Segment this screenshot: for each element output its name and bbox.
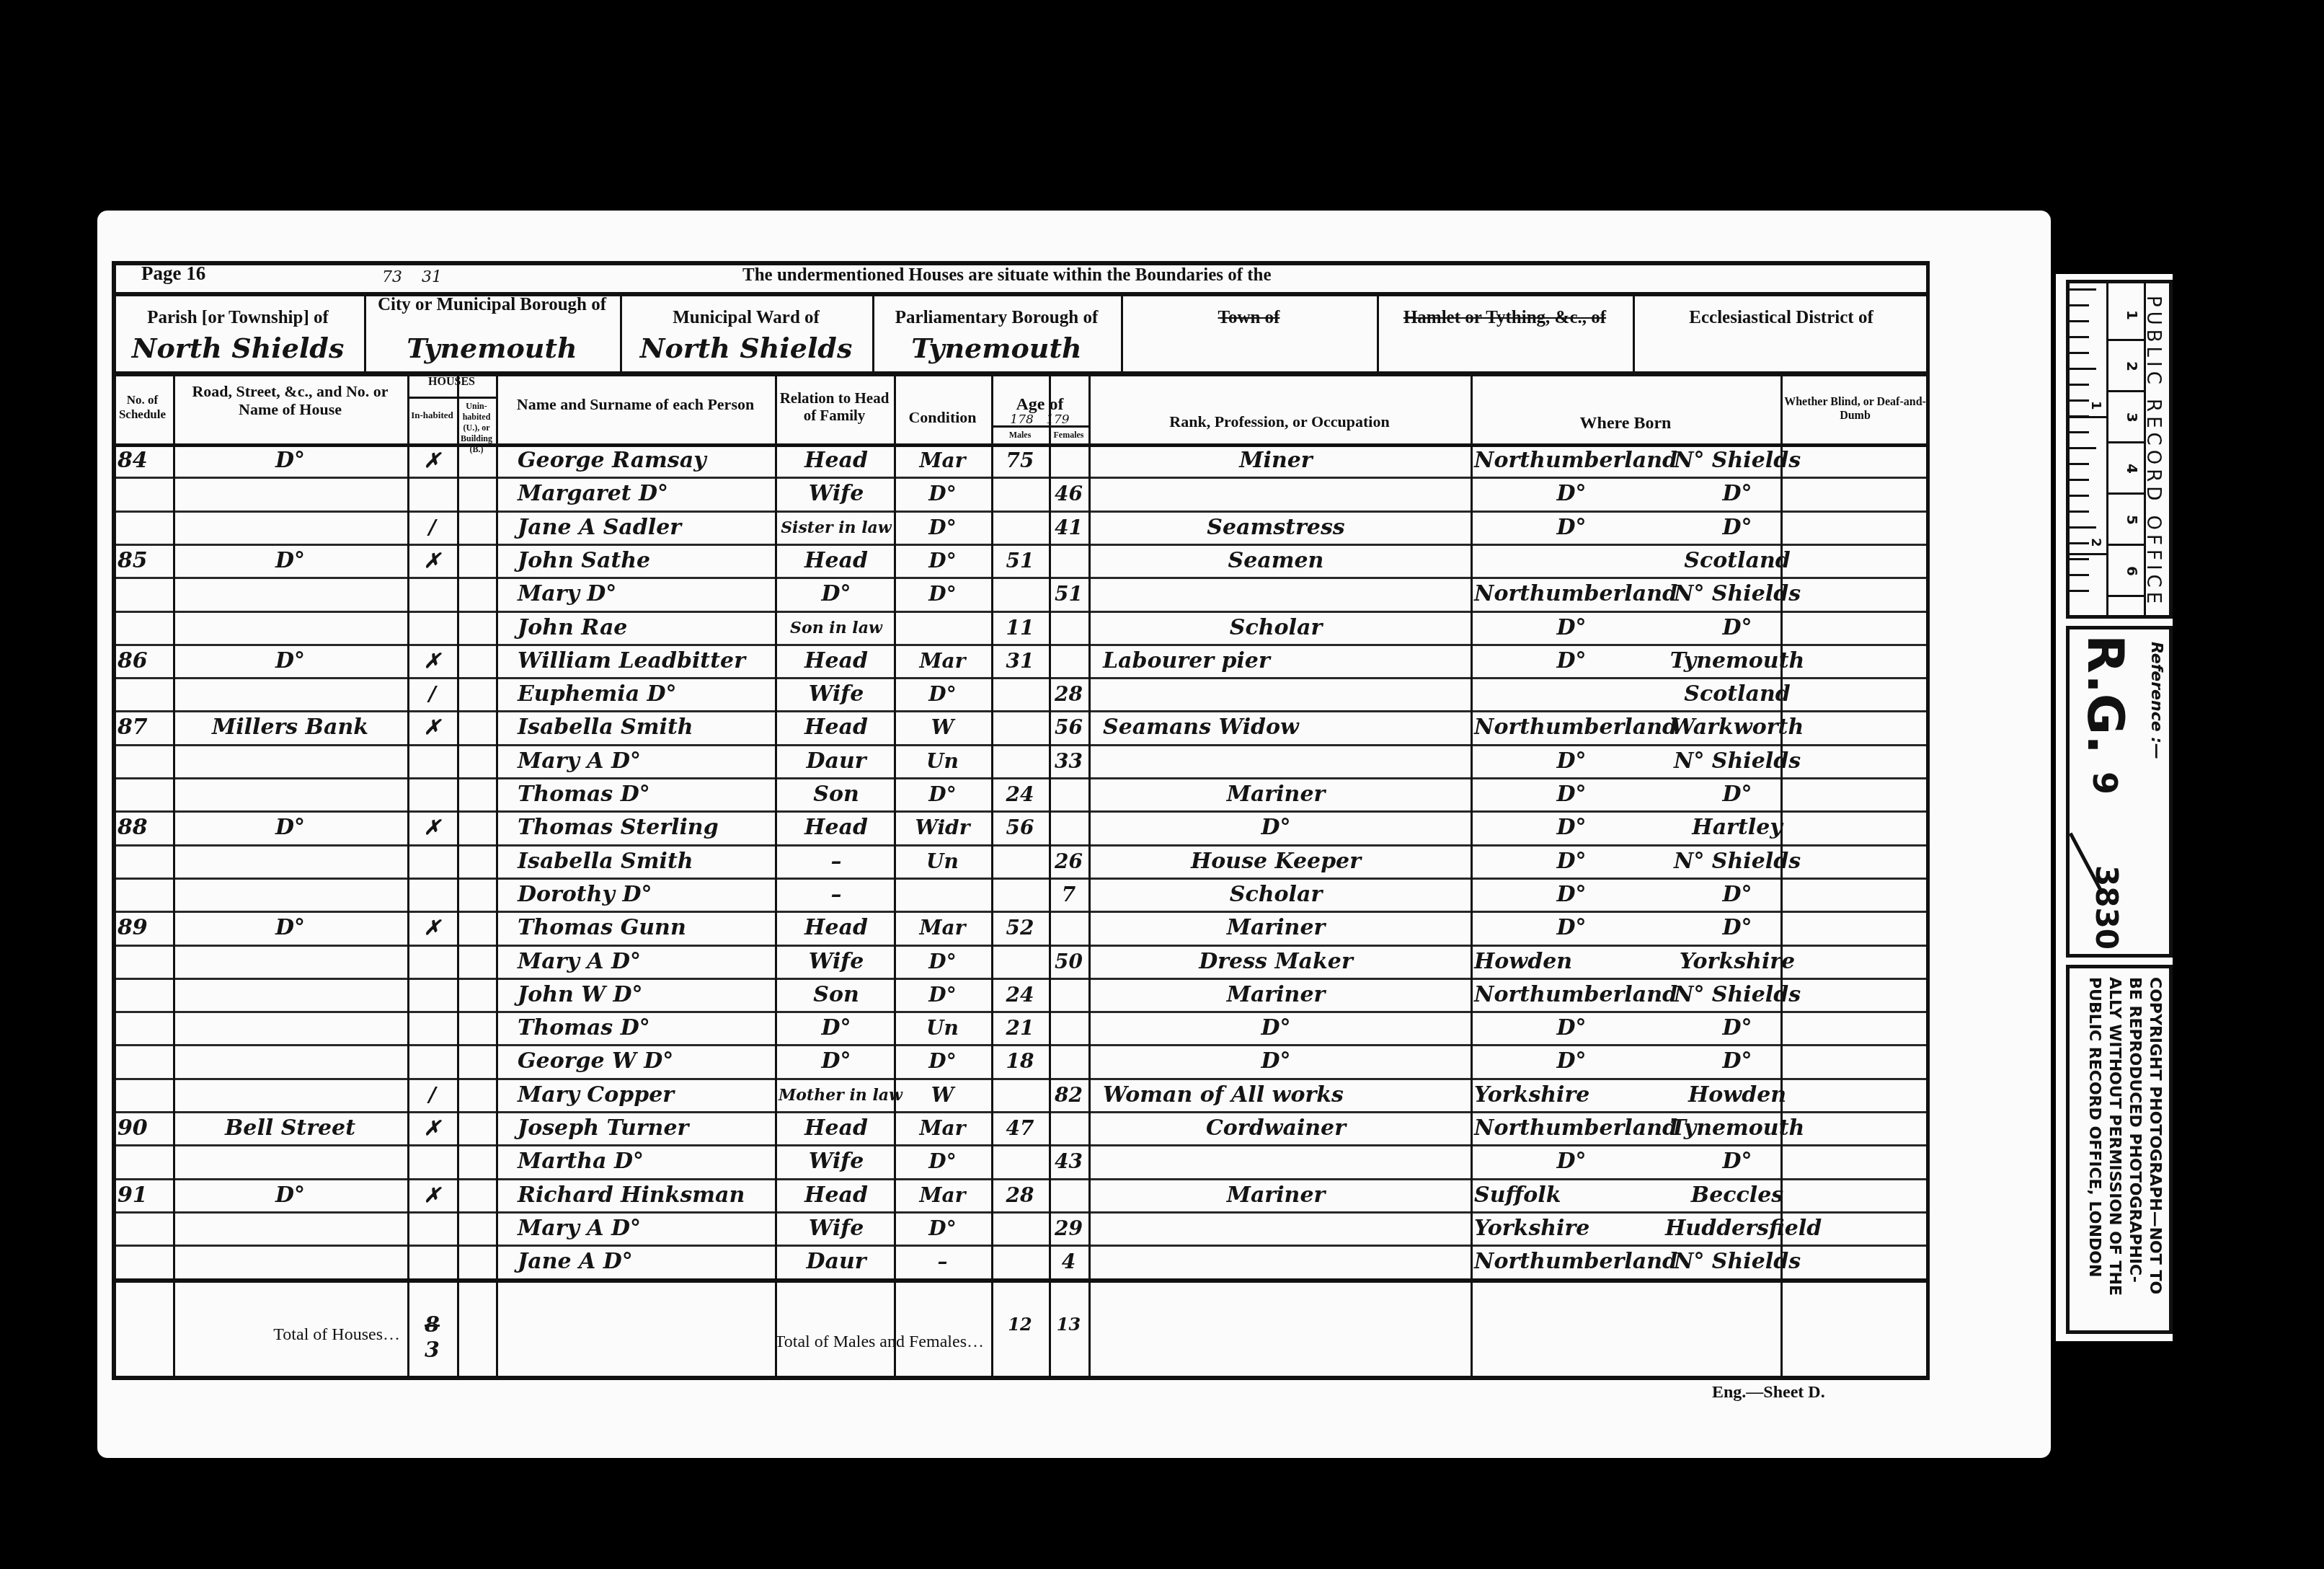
cell-male-age: 28: [991, 1181, 1049, 1210]
cell-inhabited: ✗: [407, 647, 457, 676]
ruler-tick: [2069, 542, 2089, 544]
ruler-tick: [2069, 447, 2096, 449]
cell-condition: –: [894, 1247, 991, 1276]
cell-name: Joseph Turner: [518, 1114, 777, 1143]
cell-born-place: Yorkshire: [1665, 947, 1809, 976]
cell-road: D°: [173, 813, 407, 842]
cell-condition: Un: [894, 847, 991, 876]
ruler-cm-number: 4: [2124, 464, 2141, 474]
ruler-inch-number: 2: [2088, 538, 2103, 547]
cell-occupation: Miner: [1103, 446, 1449, 475]
cell-inhabited: /: [407, 1081, 457, 1110]
ruler-tick: [2069, 320, 2089, 322]
cell-relation: Head: [779, 647, 894, 676]
cell-name: John W D°: [518, 981, 777, 1009]
cell-male-age: 24: [991, 780, 1049, 809]
cell-inhabited: ✗: [407, 547, 457, 575]
district-value: Tynemouth: [872, 332, 1121, 364]
reference-label: Reference :—: [2147, 642, 2165, 759]
column-header-condition: Condition: [894, 408, 991, 426]
cell-occupation: Mariner: [1103, 981, 1449, 1009]
cell-born-county: D°: [1474, 513, 1669, 542]
cell-female-age: 28: [1049, 680, 1088, 709]
cell-male-age: 11: [991, 614, 1049, 642]
cell-male-age: 18: [991, 1047, 1049, 1076]
table-row: Mary A D°WifeD°50Dress MakerHowdenYorksh…: [112, 946, 1930, 979]
ruler-tick: [2069, 336, 2089, 338]
ruler-tick: [2069, 304, 2089, 306]
cell-male-age: 75: [991, 446, 1049, 475]
table-row: Mary A D°DaurUn33D°N° Shields: [112, 746, 1930, 779]
cell-occupation: D°: [1103, 1047, 1449, 1076]
cell-relation: Wife: [779, 680, 894, 709]
cell-born-place: N° Shields: [1665, 1247, 1809, 1276]
column-header-relation: Relation to Head of Family: [775, 389, 894, 424]
column-header-occupation: Rank, Profession, or Occupation: [1088, 412, 1471, 430]
cell-born-place: Tynemouth: [1665, 647, 1809, 676]
cell-female-age: 7: [1049, 880, 1088, 909]
table-row: 86D°✗William LeadbitterHeadMar31Labourer…: [112, 645, 1930, 679]
cell-female-age: 41: [1049, 513, 1088, 542]
cell-schedule: 87: [117, 713, 172, 742]
ruler-inch-line: [2069, 416, 2106, 418]
district-divider: [1121, 292, 1123, 371]
cell-condition: D°: [894, 513, 991, 542]
cell-born-county: Yorkshire: [1474, 1214, 1669, 1243]
cell-name: Thomas D°: [518, 1014, 777, 1043]
total-males: 12: [991, 1314, 1049, 1335]
cell-born-county: Northumberland: [1474, 1247, 1669, 1276]
column-header-schedule: No. of Schedule: [112, 393, 173, 422]
cell-born-place: D°: [1665, 1014, 1809, 1043]
cell-born-county: D°: [1474, 1147, 1669, 1176]
cell-born-county: D°: [1474, 914, 1669, 942]
cell-condition: D°: [894, 1147, 991, 1176]
cell-female-age: 82: [1049, 1081, 1088, 1110]
cell-female-age: 43: [1049, 1147, 1088, 1176]
cell-inhabited: ✗: [407, 914, 457, 942]
cell-name: John Sathe: [518, 547, 777, 575]
table-row: 90Bell Street✗Joseph TurnerHeadMar47Cord…: [112, 1113, 1930, 1146]
cell-born-place: Huddersfield: [1665, 1214, 1809, 1243]
ruler-cm-line: [2106, 390, 2144, 392]
cell-name: Mary A D°: [518, 1214, 777, 1243]
cell-born-county: D°: [1474, 1014, 1669, 1043]
cell-born-place: N° Shields: [1665, 981, 1809, 1009]
cell-name: George W D°: [518, 1047, 777, 1076]
cell-occupation: Seamans Widow: [1103, 713, 1449, 742]
cell-male-age: 31: [991, 647, 1049, 676]
district-value: North Shields: [620, 332, 872, 364]
table-row: Martha D°WifeD°43D°D°: [112, 1146, 1930, 1179]
ruler-cm-number: 3: [2124, 412, 2141, 423]
cell-occupation: Mariner: [1103, 914, 1449, 942]
cell-relation: –: [779, 880, 894, 909]
ruler-tick: [2069, 479, 2089, 481]
ruler-cm-number: 6: [2124, 566, 2141, 576]
cell-born-place: Hartley: [1665, 813, 1809, 842]
copyright-line: BE REPRODUCED PHOTOGRAPHIC-: [2126, 977, 2144, 1283]
cell-name: George Ramsay: [518, 446, 777, 475]
table-row: /Euphemia D°WifeD°28Scotland: [112, 679, 1930, 712]
cell-relation: D°: [779, 580, 894, 609]
cell-female-age: 50: [1049, 947, 1088, 976]
cell-occupation: Scholar: [1103, 614, 1449, 642]
cell-relation: D°: [779, 1014, 894, 1043]
cell-condition: D°: [894, 1214, 991, 1243]
cell-road: D°: [173, 1181, 407, 1210]
cell-male-age: 52: [991, 914, 1049, 942]
cell-condition: Mar: [894, 446, 991, 475]
ruler-tick: [2069, 288, 2096, 291]
column-header-age: Age of: [991, 395, 1088, 415]
cell-road: D°: [173, 647, 407, 676]
copyright-line: COPYRIGHT PHOTOGRAPH—NOT TO: [2146, 977, 2164, 1294]
cell-relation: Head: [779, 1181, 894, 1210]
district-label: Ecclesiastical District of: [1633, 309, 1930, 327]
cell-born-county: Suffolk: [1474, 1181, 1669, 1210]
cell-relation: Son in law: [779, 614, 894, 642]
column-header-females: Females: [1049, 430, 1088, 441]
cell-born-place: D°: [1665, 614, 1809, 642]
cell-born-county: Northumberland: [1474, 713, 1669, 742]
column-header-name: Name and Surname of each Person: [496, 395, 775, 413]
district-label: Municipal Ward of: [620, 309, 872, 327]
column-header-males: Males: [991, 430, 1049, 441]
cell-name: Mary A D°: [518, 747, 777, 776]
cell-condition: W: [894, 1081, 991, 1110]
ruler-divider: [2106, 280, 2108, 619]
cell-road: D°: [173, 547, 407, 575]
ruler-cm-line: [2106, 441, 2144, 443]
cell-born-county: Northumberland: [1474, 446, 1669, 475]
cell-inhabited: /: [407, 680, 457, 709]
cell-relation: Head: [779, 1114, 894, 1143]
cell-schedule: 85: [117, 547, 172, 575]
cell-condition: Mar: [894, 1114, 991, 1143]
cell-name: Margaret D°: [518, 479, 777, 508]
cell-male-age: 21: [991, 1014, 1049, 1043]
table-row: 89D°✗Thomas GunnHeadMar52MarinerD°D°: [112, 912, 1930, 945]
total-houses-inhabited: 8: [407, 1312, 457, 1338]
column-header-road: Road, Street, &c., and No. or Name of Ho…: [173, 382, 407, 418]
table-row: 87Millers Bank✗Isabella SmithHeadW56Seam…: [112, 712, 1930, 745]
cell-inhabited: ✗: [407, 446, 457, 475]
cell-male-age: 47: [991, 1114, 1049, 1143]
cell-born-place: D°: [1665, 479, 1809, 508]
ruler-tick: [2069, 431, 2089, 433]
cell-name: Richard Hinksman: [518, 1181, 777, 1210]
cell-relation: –: [779, 847, 894, 876]
ruler-cm-number: 2: [2124, 361, 2141, 371]
cell-relation: Head: [779, 914, 894, 942]
cell-name: Jane A D°: [518, 1247, 777, 1276]
cell-female-age: 26: [1049, 847, 1088, 876]
cell-name: Mary A D°: [518, 947, 777, 976]
sheet-footer: Eng.—Sheet D.: [1712, 1383, 1825, 1402]
ruler-cm-number: 5: [2124, 515, 2141, 525]
cell-condition: D°: [894, 580, 991, 609]
district-label: Town of: [1121, 309, 1377, 327]
cell-condition: Un: [894, 747, 991, 776]
cell-condition: D°: [894, 947, 991, 976]
cell-born-county: Howden: [1474, 947, 1669, 976]
cell-occupation: Seamen: [1103, 547, 1449, 575]
cell-relation: Head: [779, 713, 894, 742]
ruler-tick: [2069, 495, 2089, 497]
table-row: Margaret D°WifeD°46D°D°: [112, 478, 1930, 511]
cell-relation: Wife: [779, 1147, 894, 1176]
cell-born-place: Scotland: [1665, 680, 1809, 709]
ruler-tick: [2069, 526, 2096, 529]
ruler-tick: [2069, 352, 2089, 354]
cell-occupation: Mariner: [1103, 1181, 1449, 1210]
ruler-tick: [2069, 368, 2096, 370]
copyright-line: PUBLIC RECORD OFFICE, LONDON: [2085, 977, 2103, 1277]
cell-born-county: D°: [1474, 479, 1669, 508]
cell-relation: Head: [779, 547, 894, 575]
cell-occupation: Scholar: [1103, 880, 1449, 909]
reference-number: 9: [2085, 772, 2124, 795]
cell-condition: Mar: [894, 914, 991, 942]
cell-condition: D°: [894, 780, 991, 809]
table-row: 91D°✗Richard HinksmanHeadMar28MarinerSuf…: [112, 1180, 1930, 1213]
cell-born-place: N° Shields: [1665, 747, 1809, 776]
ruler-cm-line: [2106, 339, 2144, 341]
cell-schedule: 91: [117, 1181, 172, 1210]
ruler-tick: [2069, 384, 2089, 386]
cell-born-county: D°: [1474, 880, 1669, 909]
age-tally: 178 179: [991, 412, 1088, 427]
cell-born-place: N° Shields: [1665, 847, 1809, 876]
total-houses-label: Total of Houses…: [173, 1325, 400, 1345]
ruler-tick: [2069, 590, 2089, 592]
cell-road: Millers Bank: [173, 713, 407, 742]
cell-relation: Wife: [779, 479, 894, 508]
cell-inhabited: /: [407, 513, 457, 542]
ruler-inch-number: 1: [2088, 401, 2103, 410]
ruler-inch-line: [2069, 553, 2106, 555]
cell-female-age: 51: [1049, 580, 1088, 609]
cell-born-place: D°: [1665, 880, 1809, 909]
cell-born-county: Northumberland: [1474, 580, 1669, 609]
cell-born-county: D°: [1474, 747, 1669, 776]
cell-name: Jane A Sadler: [518, 513, 777, 542]
cell-male-age: 56: [991, 813, 1049, 842]
cell-occupation: Seamstress: [1103, 513, 1449, 542]
cell-born-county: D°: [1474, 780, 1669, 809]
reference-piece: 3830: [2089, 865, 2124, 950]
cell-occupation: House Keeper: [1103, 847, 1449, 876]
cell-born-place: Howden: [1665, 1081, 1809, 1110]
table-row: Isabella Smith–Un26House KeeperD°N° Shie…: [112, 846, 1930, 879]
cell-name: Thomas D°: [518, 780, 777, 809]
table-row: John W D°SonD°24MarinerNorthumberlandN° …: [112, 979, 1930, 1012]
cell-inhabited: ✗: [407, 813, 457, 842]
ruler-tick: [2069, 574, 2089, 576]
copyright-line: ALLY WITHOUT PERMISSION OF THE: [2106, 977, 2124, 1296]
district-label: Hamlet or Tything, &c., of: [1377, 309, 1633, 327]
table-row: 84D°✗George RamsayHeadMar75MinerNorthumb…: [112, 445, 1930, 478]
cell-born-county: D°: [1474, 647, 1669, 676]
ruler-tick: [2069, 511, 2089, 513]
cell-born-place: N° Shields: [1665, 580, 1809, 609]
table-row: /Jane A SadlerSister in lawD°41Seamstres…: [112, 512, 1930, 545]
cell-condition: D°: [894, 479, 991, 508]
cell-name: Euphemia D°: [518, 680, 777, 709]
cell-born-place: Scotland: [1665, 547, 1809, 575]
table-row: George W D°D°D°18D°D°D°: [112, 1046, 1930, 1079]
cell-relation: Son: [779, 981, 894, 1009]
ruler-tick: [2069, 558, 2089, 560]
cell-female-age: 46: [1049, 479, 1088, 508]
cell-female-age: 56: [1049, 713, 1088, 742]
cell-inhabited: ✗: [407, 1114, 457, 1143]
cell-relation: Daur: [779, 747, 894, 776]
cell-female-age: 29: [1049, 1214, 1088, 1243]
cell-condition: D°: [894, 680, 991, 709]
cell-occupation: D°: [1103, 813, 1449, 842]
cell-road: D°: [173, 446, 407, 475]
cell-relation: Mother in law: [779, 1081, 894, 1110]
cell-born-place: Warkworth: [1665, 713, 1809, 742]
cell-name: John Rae: [518, 614, 777, 642]
cell-name: Mary D°: [518, 580, 777, 609]
cell-name: Martha D°: [518, 1147, 777, 1176]
ruler-cm-line: [2106, 492, 2144, 495]
table-row: /Mary CopperMother in lawW82Woman of All…: [112, 1079, 1930, 1113]
cell-condition: D°: [894, 547, 991, 575]
houses-subrule: [407, 397, 496, 399]
cell-born-county: Northumberland: [1474, 981, 1669, 1009]
cell-relation: Wife: [779, 1214, 894, 1243]
cell-relation: Daur: [779, 1247, 894, 1276]
ruler-cm-line: [2106, 595, 2144, 597]
cell-relation: Sister in law: [779, 513, 894, 542]
table-row: Dorothy D°–7ScholarD°D°: [112, 879, 1930, 912]
district-label: Parliamentary Borough of: [872, 309, 1121, 327]
cell-born-county: Northumberland: [1474, 1114, 1669, 1143]
cell-occupation: Labourer pier: [1103, 647, 1449, 676]
district-value: Tynemouth: [364, 332, 620, 364]
cell-condition: Un: [894, 1014, 991, 1043]
cell-occupation: Cordwainer: [1103, 1114, 1449, 1143]
cell-male-age: 51: [991, 547, 1049, 575]
cell-born-county: D°: [1474, 813, 1669, 842]
column-header-inhabited: In-habited: [407, 410, 457, 421]
cell-name: Thomas Sterling: [518, 813, 777, 842]
table-row: John RaeSon in law11ScholarD°D°: [112, 612, 1930, 645]
ruler-label: PUBLIC RECORD OFFICE: [2142, 296, 2164, 608]
column-header-born: Where Born: [1471, 414, 1780, 433]
cell-born-place: Tynemouth: [1665, 1114, 1809, 1143]
district-divider: [1377, 292, 1379, 371]
cell-born-county: Yorkshire: [1474, 1081, 1669, 1110]
cell-condition: Mar: [894, 1181, 991, 1210]
reference-series: R.G.: [2076, 635, 2135, 754]
table-row: 85D°✗John SatheHeadD°51SeamenScotland: [112, 545, 1930, 578]
cell-name: Isabella Smith: [518, 847, 777, 876]
cell-male-age: 24: [991, 981, 1049, 1009]
cell-relation: Son: [779, 780, 894, 809]
district-label: Parish [or Township] of: [112, 309, 364, 327]
cell-occupation: Woman of All works: [1103, 1081, 1449, 1110]
cell-relation: Head: [779, 446, 894, 475]
table-row: Thomas D°SonD°24MarinerD°D°: [112, 779, 1930, 812]
cell-occupation: D°: [1103, 1014, 1449, 1043]
district-label: City or Municipal Borough of: [364, 296, 620, 314]
ruler-tick: [2069, 399, 2089, 402]
cell-road: D°: [173, 914, 407, 942]
cell-occupation: Dress Maker: [1103, 947, 1449, 976]
cell-born-place: D°: [1665, 1147, 1809, 1176]
rule: [112, 371, 1930, 376]
cell-name: Thomas Gunn: [518, 914, 777, 942]
district-value: North Shields: [112, 332, 364, 364]
table-row: Mary A D°WifeD°29YorkshireHuddersfield: [112, 1213, 1930, 1246]
cell-inhabited: ✗: [407, 713, 457, 742]
cell-condition: D°: [894, 1047, 991, 1076]
cell-name: Mary Copper: [518, 1081, 777, 1110]
ruler-cm-line: [2106, 544, 2144, 546]
cell-born-county: D°: [1474, 614, 1669, 642]
table-row: Thomas D°D°Un21D°D°D°: [112, 1012, 1930, 1046]
cell-name: Dorothy D°: [518, 880, 777, 909]
total-houses-corrected: 3: [407, 1338, 457, 1363]
ruler-tick: [2069, 463, 2089, 465]
cell-condition: W: [894, 713, 991, 742]
cell-schedule: 88: [117, 813, 172, 842]
cell-inhabited: ✗: [407, 1181, 457, 1210]
cell-born-place: D°: [1665, 914, 1809, 942]
cell-name: Isabella Smith: [518, 713, 777, 742]
cell-schedule: 89: [117, 914, 172, 942]
district-divider: [1633, 292, 1635, 371]
total-persons-label: Total of Males and Females…: [496, 1332, 984, 1352]
cell-born-place: D°: [1665, 1047, 1809, 1076]
cell-schedule: 90: [117, 1114, 172, 1143]
cell-relation: D°: [779, 1047, 894, 1076]
column-header-infirm: Whether Blind, or Deaf-and-Dumb: [1780, 395, 1930, 423]
cell-female-age: 33: [1049, 747, 1088, 776]
total-females: 13: [1049, 1314, 1088, 1335]
reference-strip: 12345612 PUBLIC RECORD OFFICE Reference …: [2056, 274, 2173, 1341]
cell-born-place: D°: [1665, 780, 1809, 809]
cell-female-age: 4: [1049, 1247, 1088, 1276]
cell-born-place: N° Shields: [1665, 446, 1809, 475]
cell-born-place: Beccles: [1665, 1181, 1809, 1210]
cell-born-county: D°: [1474, 847, 1669, 876]
ruler-cm-number: 1: [2124, 310, 2141, 320]
table-row: Jane A D°Daur–4NorthumberlandN° Shields: [112, 1246, 1930, 1279]
cell-born-county: D°: [1474, 1047, 1669, 1076]
cell-occupation: Mariner: [1103, 780, 1449, 809]
table-row: Mary D°D°D°51NorthumberlandN° Shields: [112, 578, 1930, 611]
cell-schedule: 84: [117, 446, 172, 475]
cell-name: William Leadbitter: [518, 647, 777, 676]
cell-born-place: D°: [1665, 513, 1809, 542]
cell-condition: Widr: [894, 813, 991, 842]
cell-condition: D°: [894, 981, 991, 1009]
column-header-houses: HOUSES: [407, 375, 496, 389]
cell-schedule: 86: [117, 647, 172, 676]
cell-condition: Mar: [894, 647, 991, 676]
cell-relation: Head: [779, 813, 894, 842]
cell-relation: Wife: [779, 947, 894, 976]
cell-road: Bell Street: [173, 1114, 407, 1143]
table-row: 88D°✗Thomas SterlingHeadWidr56D°D°Hartle…: [112, 812, 1930, 845]
